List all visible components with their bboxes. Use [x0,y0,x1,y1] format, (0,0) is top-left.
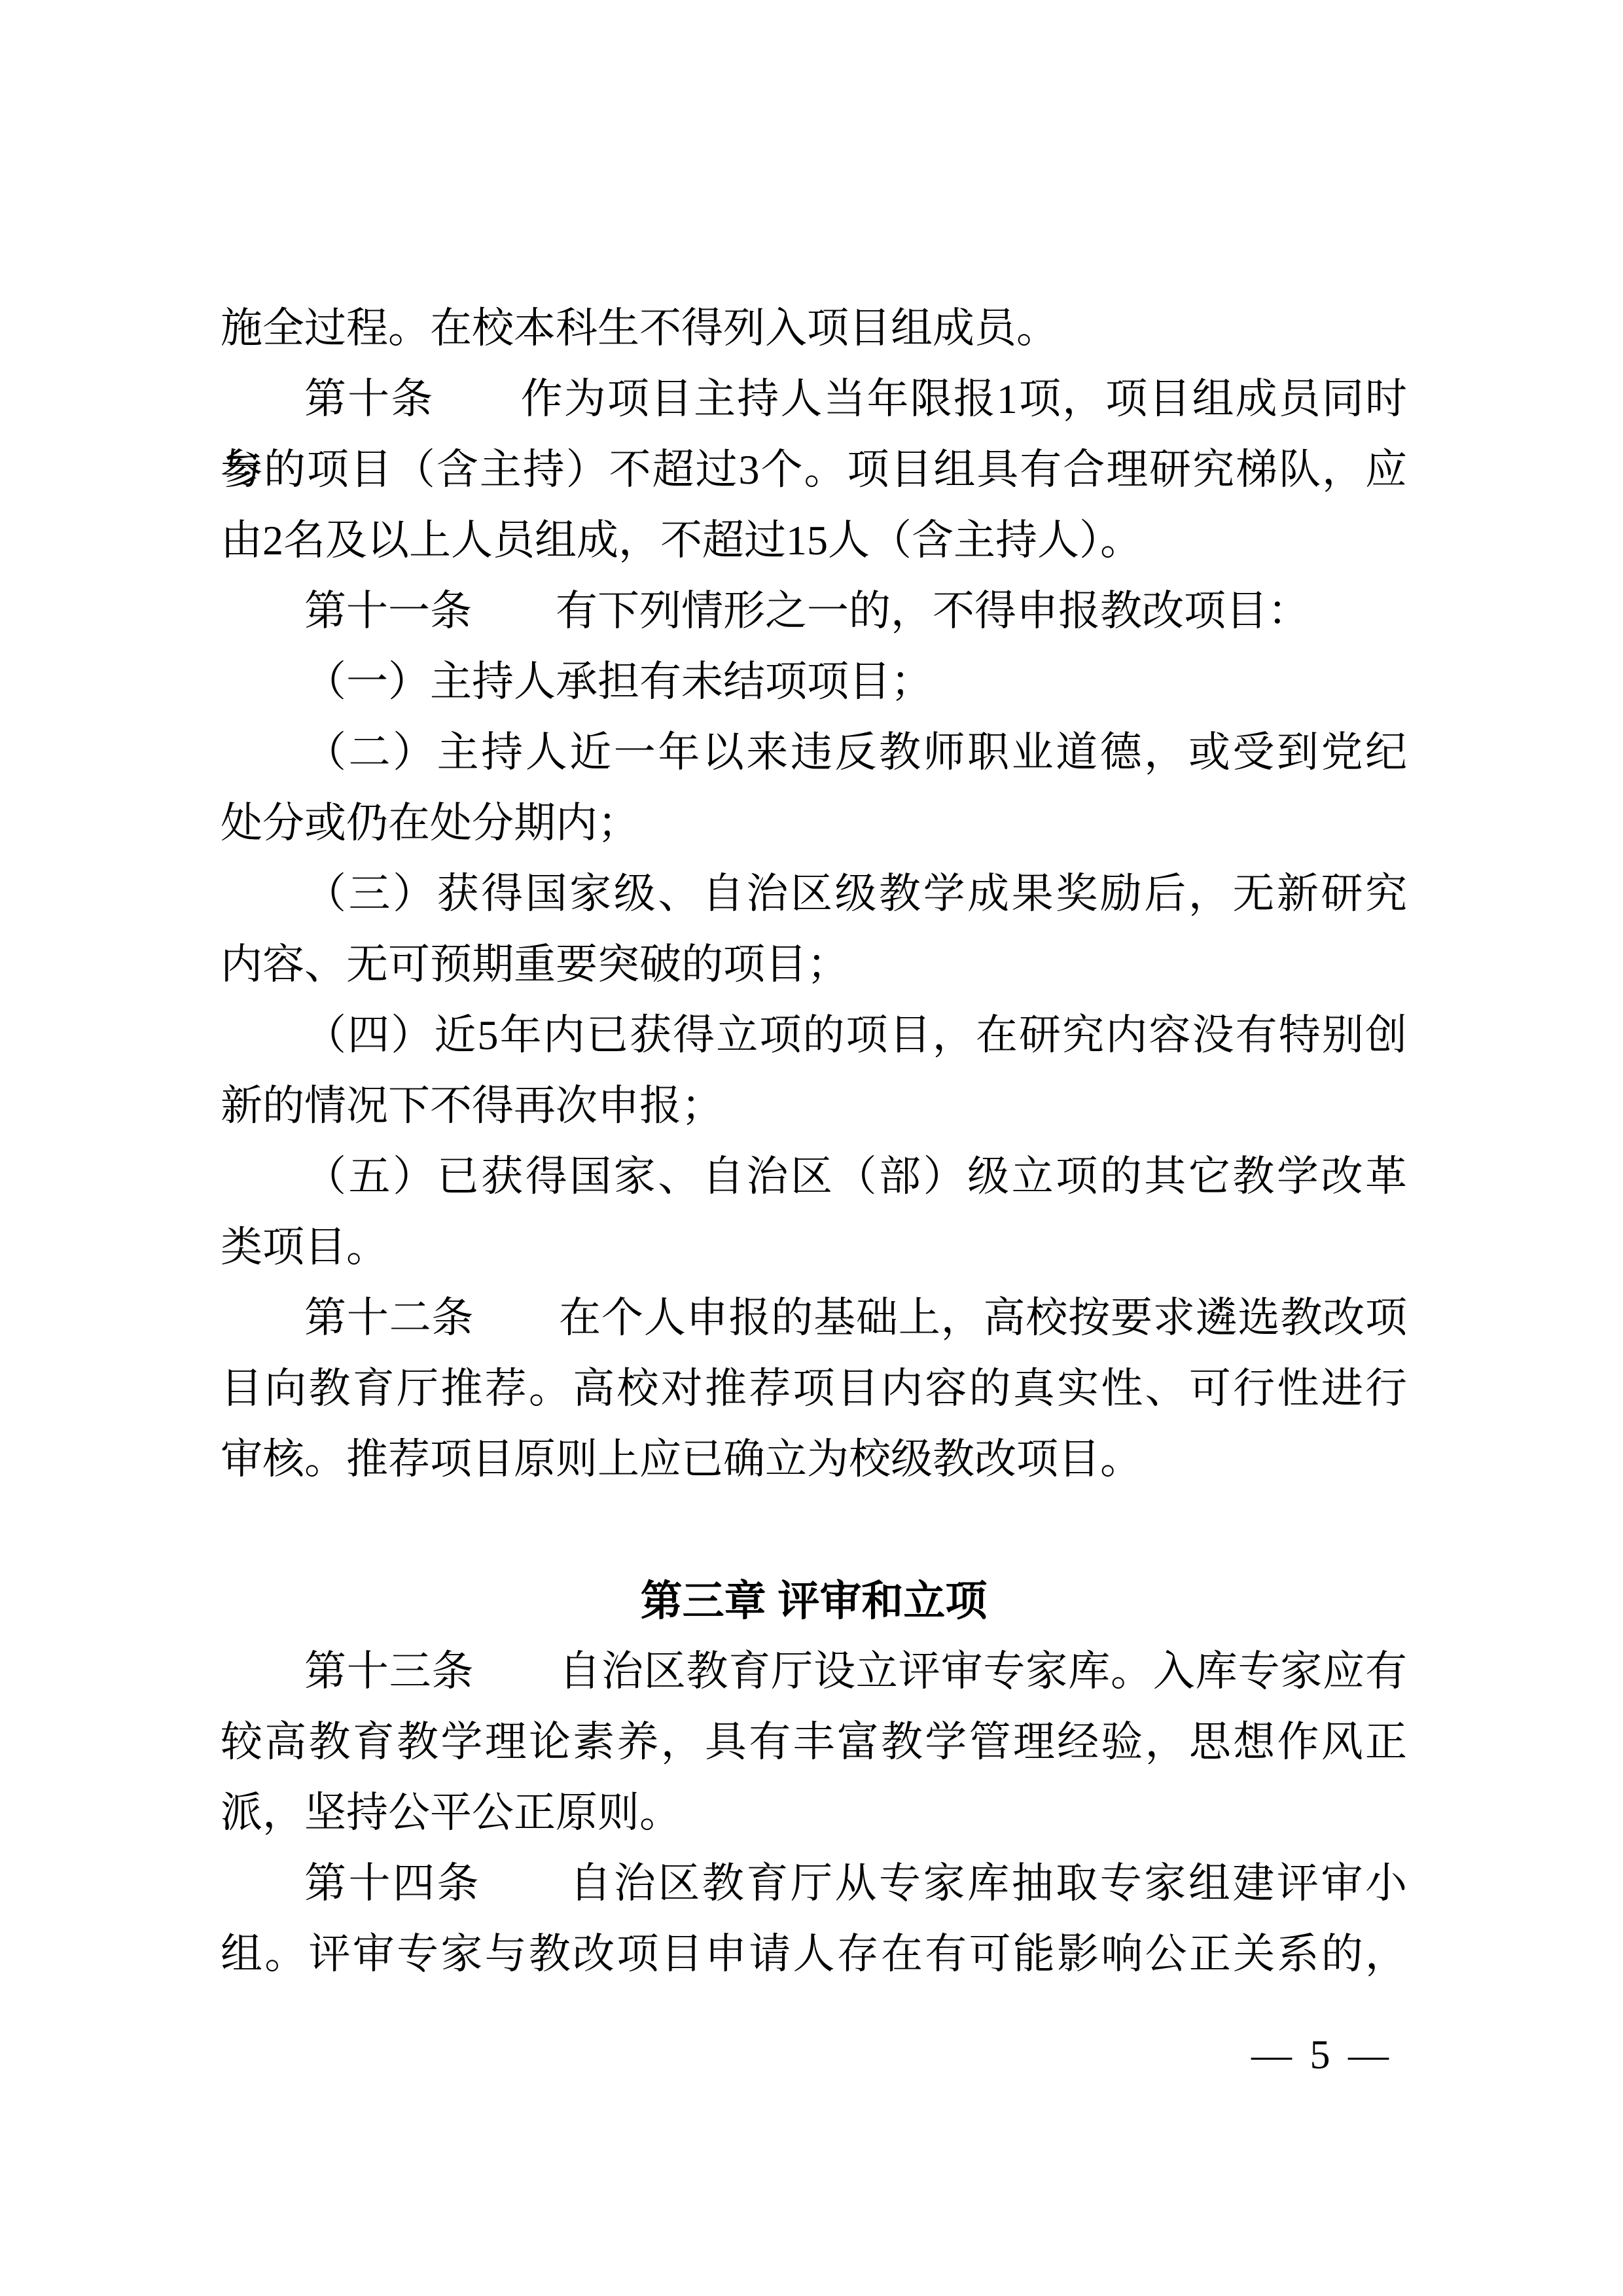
text-line: 与的项目（含主持）不超过3个。项目组具有合理研究梯队，应 [221,435,1407,505]
text-line: 新的情况下不得再次申报； [221,1071,1407,1141]
text-line: 第十四条 自治区教育厅从专家库抽取专家组建评审小 [221,1848,1407,1919]
text-line: 内容、无可预期重要突破的项目； [221,929,1407,1000]
text-line: 第十三条 自治区教育厅设立评审专家库。入库专家应有 [221,1636,1407,1707]
blank-line [221,1495,1407,1566]
text-line: （四）近5年内已获得立项的项目，在研究内容没有特别创 [221,1000,1407,1071]
text-line: 第十条 作为项目主持人当年限报1项，项目组成员同时参 [221,364,1407,435]
text-line: （五）已获得国家、自治区（部）级立项的其它教学改革 [221,1141,1407,1212]
text-line: 第十一条 有下列情形之一的，不得申报教改项目： [221,576,1407,647]
document-page: 施全过程。在校本科生不得列入项目组成员。 第十条 作为项目主持人当年限报1项，项… [0,0,1623,2296]
text-line: 派，坚持公平公正原则。 [221,1778,1407,1848]
text-line: 审核。推荐项目原则上应已确立为校级教改项目。 [221,1424,1407,1495]
text-line: 由2名及以上人员组成，不超过15人（含主持人）。 [221,505,1407,576]
text-line: 目向教育厅推荐。高校对推荐项目内容的真实性、可行性进行 [221,1354,1407,1424]
text-line: 组。评审专家与教改项目申请人存在有可能影响公正关系的， [221,1919,1407,1990]
text-line: 类项目。 [221,1212,1407,1283]
body-text-block: 施全过程。在校本科生不得列入项目组成员。 第十条 作为项目主持人当年限报1项，项… [221,293,1407,1990]
text-line: 第十二条 在个人申报的基础上，高校按要求遴选教改项 [221,1283,1407,1354]
text-line: 较高教育教学理论素养，具有丰富教学管理经验，思想作风正 [221,1707,1407,1778]
chapter-heading: 第三章 评审和立项 [221,1566,1407,1636]
text-line: （一）主持人承担有未结项项目； [221,647,1407,717]
page-number: — 5 — [1251,2020,1393,2090]
text-line: 施全过程。在校本科生不得列入项目组成员。 [221,293,1407,364]
text-line: （二）主持人近一年以来违反教师职业道德，或受到党纪 [221,717,1407,788]
text-line: （三）获得国家级、自治区级教学成果奖励后，无新研究 [221,859,1407,929]
text-line: 处分或仍在处分期内； [221,788,1407,859]
